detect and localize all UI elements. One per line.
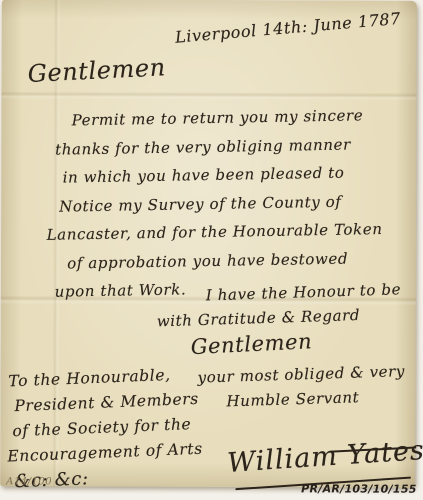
recipient-address-block: To the Honourable, President & Members o… [2,362,204,495]
letter-salutation: Gentlemen [27,53,166,88]
signature: William Yates [226,435,423,479]
letter-body: Permit me to return you my sincere thank… [0,100,418,307]
closing-line: Gentlemen [190,329,313,359]
archive-reference-ink: PR/AR/103/10/155 [301,482,417,495]
letter-paper: Liverpool 14th: June 1787 Gentlemen Perm… [0,0,417,488]
closing-line: with Gratitude & Regard [157,306,361,330]
closing-line: Humble Servant [226,388,359,410]
paper-crease-horizontal-top [2,91,417,100]
scanned-letter-page: Liverpool 14th: June 1787 Gentlemen Perm… [0,0,423,500]
closing-line: your most obliged & very [197,362,405,387]
letter-dateline: Liverpool 14th: June 1787 [174,9,401,47]
archive-reference-pencil: A14/100 [6,476,52,487]
